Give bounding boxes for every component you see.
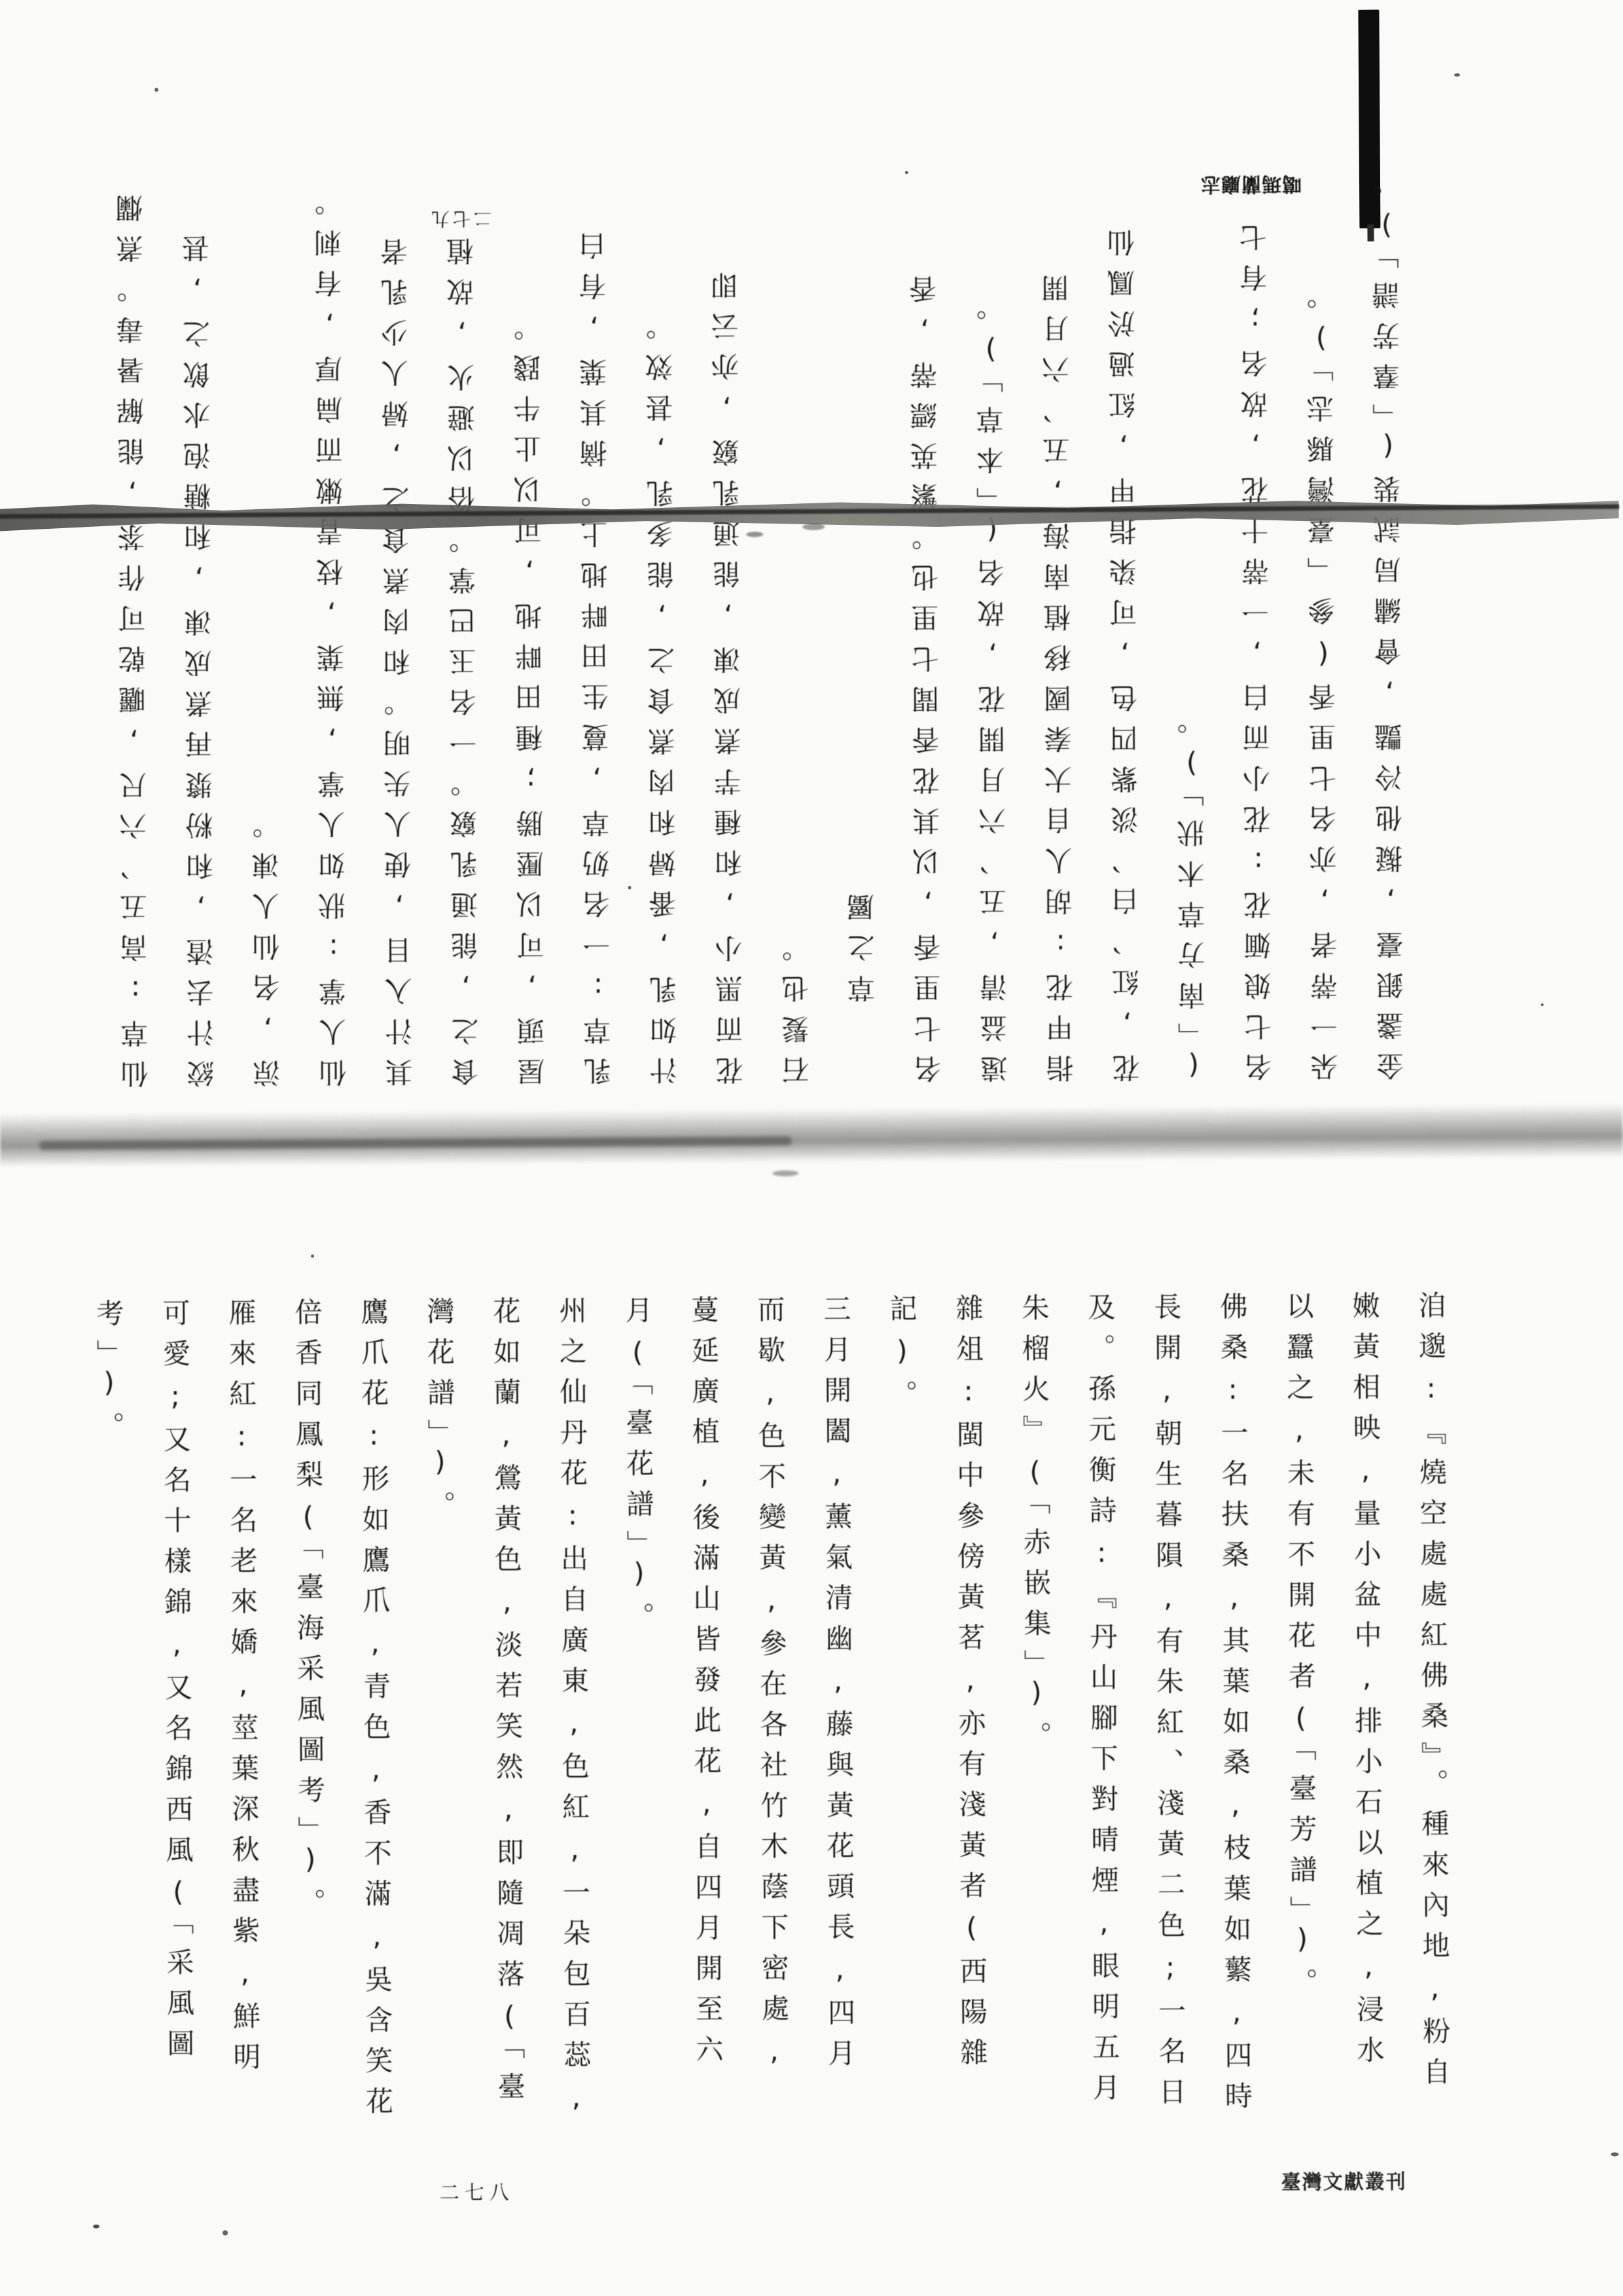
noise-speck <box>1611 2152 1618 2156</box>
text-column: 朵一蒂者,亦名七里香(參「臺灣縣志」)。 <box>1306 67 1340 1081</box>
text-column: 花如蘭,鶯黃色,淡若笑然,即隨凋落(「臺 <box>491 1297 524 2155</box>
noise-speck <box>628 886 632 889</box>
text-column: 嫩黃相映,量小盆中,排小石以植之,浸水 <box>1350 1291 1383 2150</box>
scan-tilt-wrapper: 仙草:高五、六尺,曬乾可作茶,能解暑毒。煮爛絞汁去渣,和粉漿再煮成凍,和糖泡水飲… <box>0 0 1623 2296</box>
page-278-page-number: 二七八 <box>440 2176 518 2211</box>
page-279-page-number: 二七九 <box>429 196 491 233</box>
text-column: 絞汁去渣,和粉漿再煮成凍,和糖泡水飲之,甚 <box>183 75 216 1088</box>
text-column: 而歇,色不變黃,參在各社竹木蔭下密處, <box>755 1295 788 2153</box>
text-column: 考」)。 <box>94 1299 127 2157</box>
noise-speck <box>223 2230 228 2235</box>
text-column: 汁如乳,番婦和肉煮食之,能多乳,甚效。 <box>645 71 679 1085</box>
noise-speck <box>1454 73 1460 77</box>
text-column: 名七里香,以其花香聞七里也。繁英縹蒂,香 <box>910 70 943 1083</box>
page-279-folio-title: 噶瑪蘭廳志 <box>1200 160 1302 200</box>
page-278: 洎邈:『燒空處處紅佛桑』。種來內地,粉自嫩黃相映,量小盆中,排小石以植之,浸水以… <box>56 1291 1451 2158</box>
text-column: 鷹爪花:形如鷹爪,青色,香不滿,吳含笑花 <box>359 1297 391 2156</box>
text-column: 花而黑小,和種芋煮成凍,能通乳竅,亦云即 <box>711 71 745 1085</box>
page-279: 仙草:高五、六尺,曬乾可作茶,能解暑毒。煮爛絞汁去渣,和粉漿再煮成凍,和糖泡水飲… <box>48 67 1444 1088</box>
text-column: 以蠶之,未有不開花者(「臺芳譜」)。 <box>1284 1291 1317 2150</box>
text-column: 遠益清,五、六月開花,故名(「本草」)。 <box>976 69 1009 1083</box>
noise-speck <box>154 88 158 92</box>
text-column: 三月開闔,薰氣清幽,藤與黃花頭長,四月 <box>821 1295 854 2153</box>
text-column: 金盞銀臺,擬他冷豔,會繡局試裝(「羣芳譜」)。 <box>1372 67 1406 1080</box>
noise-speck <box>311 1255 314 1258</box>
text-column: 屋頭,可以壓勝;種田畔地,可以止牛踐。 <box>513 72 546 1085</box>
text-column: 月(「臺花譜」)。 <box>623 1296 656 2155</box>
text-column: 花,紅、白、淡紫四色,可染指甲,紅過於鳳仙 <box>1108 69 1141 1082</box>
text-column: 雁來紅:一名老來嬌,莖葉深秋盡紫,鮮明 <box>226 1298 259 2157</box>
text-column: 及。孫元衡詩:『丹山腳下對晴煙,眼明五月 <box>1086 1293 1118 2151</box>
noise-speck <box>93 2225 99 2229</box>
text-column: 洎邈:『燒空處處紅佛桑』。種來內地,粉自 <box>1416 1291 1449 2149</box>
text-column: 朱榴火』(「赤嵌集」)。 <box>1020 1293 1052 2152</box>
noise-speck <box>905 171 908 174</box>
text-column: 仙人掌:狀如人掌,無葉,枝青嫩而扁厚,有刺。 <box>315 73 348 1086</box>
footer-title-text: 臺灣文獻叢刊 <box>1281 2170 1407 2194</box>
text-column: 佛桑:一名扶桑,其葉如桑,枝葉如蘩,四時 <box>1218 1292 1251 2151</box>
page-number-text: 二七九 <box>429 207 491 230</box>
text-column: 乳草:一名奶草,蔓生田畔地上。摘其葉,有白 <box>579 72 613 1085</box>
text-column: 草之屬 <box>844 70 877 1083</box>
text-column: 涼,名仙人凍。 <box>249 74 282 1087</box>
page-279-text-columns: 仙草:高五、六尺,曬乾可作茶,能解暑毒。煮爛絞汁去渣,和粉漿再煮成凍,和糖泡水飲… <box>116 67 1444 1088</box>
text-column: 可愛;又名十樣錦,又名錦西風(「采風圖 <box>160 1299 193 2157</box>
text-column: 雜俎:閩中參傍黃茗,亦有淺黃者(西陽雜 <box>954 1293 986 2152</box>
text-column: 長開,朝生暮隕,有朱紅、淺黃二色;一名日 <box>1152 1293 1185 2151</box>
text-column: 倍香同鳳梨(「臺海采風圖考」)。 <box>293 1298 325 2157</box>
page-number-text: 二七八 <box>440 2181 514 2205</box>
folio-title-text: 噶瑪蘭廳志 <box>1200 171 1302 195</box>
page-278-text-columns: 洎邈:『燒空處處紅佛桑』。種來內地,粉自嫩黃相映,量小盆中,排小石以植之,浸水以… <box>56 1291 1449 2158</box>
smudge-band <box>0 1103 1623 1167</box>
scanned-sheet: 仙草:高五、六尺,曬乾可作茶,能解暑毒。煮爛絞汁去渣,和粉漿再煮成凍,和糖泡水飲… <box>0 0 1623 2296</box>
noise-speck <box>772 1170 798 1176</box>
text-column: 灣花譜」)。 <box>425 1297 457 2155</box>
text-column: 仙草:高五、六尺,曬乾可作茶,能解暑毒。煮爛 <box>116 75 150 1088</box>
text-column: 石髮也。 <box>777 71 811 1084</box>
text-column: 州之仙丹花:出自廣東,色紅,一朵包百蕊, <box>557 1296 590 2155</box>
page-278-footer-title: 臺灣文獻叢刊 <box>1281 2165 1445 2203</box>
text-column: 指甲花:胡人自大秦國移植南海,五、六月開 <box>1042 69 1075 1083</box>
noise-speck <box>1541 1003 1544 1006</box>
text-column: 記)。 <box>887 1294 920 2153</box>
text-column: 名七娘媔花:花小而白,一蒂十花,故名;有七 <box>1240 68 1274 1081</box>
text-column: 蔓延廣植,後滿山皆發此花,自四月開至六 <box>689 1295 722 2154</box>
text-column: 其汁入目,使人失明。和肉煮食之,婦人少乳者 <box>381 73 414 1086</box>
text-column: (「南方草木狀」)。 <box>1174 68 1207 1081</box>
